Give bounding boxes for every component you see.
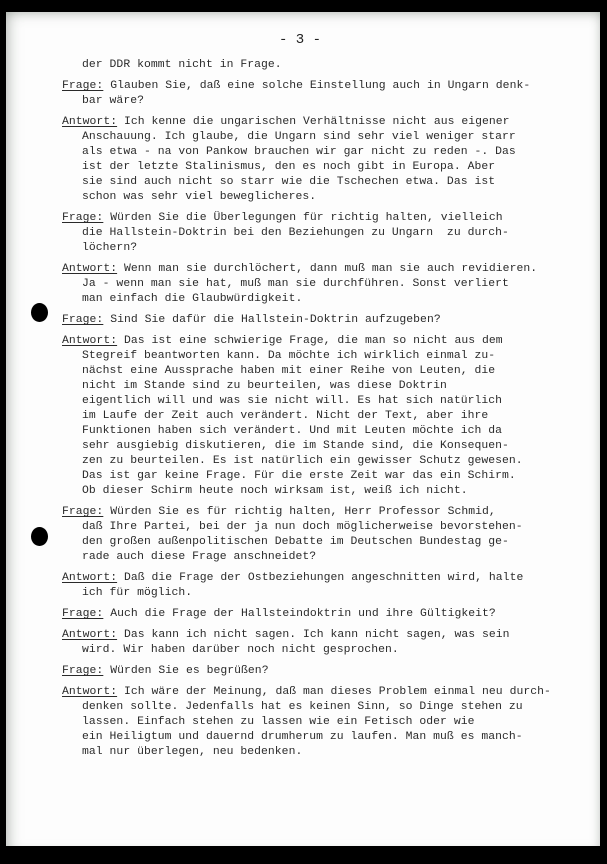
answer-block: Antwort: Das ist eine schwierige Frage, … [62, 334, 562, 499]
interview-transcript: der DDR kommt nicht in Frage. Frage: Gla… [62, 58, 562, 766]
answer-label: Antwort: [62, 629, 117, 641]
continuation-line: man einfach die Glaubwürdigkeit. [62, 292, 562, 307]
question-label: Frage: [62, 80, 103, 92]
answer-block: Antwort: Das kann ich nicht sagen. Ich k… [62, 628, 562, 658]
opening-line-block: der DDR kommt nicht in Frage. [62, 58, 562, 73]
continuation-line: ich für möglich. [62, 586, 562, 601]
continuation-line: die Hallstein-Doktrin bei den Beziehunge… [62, 226, 562, 241]
line-text: Daß die Frage der Ostbeziehungen angesch… [117, 572, 523, 584]
punch-hole [31, 527, 48, 546]
qa-list: Frage: Glauben Sie, daß eine solche Eins… [62, 79, 562, 760]
continuation-line: Ob dieser Schirm heute noch wirksam ist,… [62, 484, 562, 499]
line-text: Würden Sie es begrüßen? [103, 665, 268, 677]
continuation-line: lassen. Einfach stehen zu lassen wie ein… [62, 715, 562, 730]
answer-label: Antwort: [62, 572, 117, 584]
first-line: Antwort: Ich wäre der Meinung, daß man d… [62, 685, 562, 700]
continuation-line: im Laufe der Zeit auch verändert. Nicht … [62, 409, 562, 424]
continuation-line: als etwa - na von Pankow brauchen wir ga… [62, 145, 562, 160]
answer-label: Antwort: [62, 116, 117, 128]
continuation-line: sehr ausgiebig diskutieren, die im Stand… [62, 439, 562, 454]
line-text: Das kann ich nicht sagen. Ich kann nicht… [117, 629, 509, 641]
line-text: Würden Sie die Überlegungen für richtig … [103, 212, 502, 224]
continuation-line: denken sollte. Jedenfalls hat es keinen … [62, 700, 562, 715]
continuation-line: Das ist gar keine Frage. Für die erste Z… [62, 469, 562, 484]
continuation-line: ist der letzte Stalinismus, den es noch … [62, 160, 562, 175]
first-line: Frage: Sind Sie dafür die Hallstein-Dokt… [62, 313, 562, 328]
answer-label: Antwort: [62, 263, 117, 275]
page-number: - 3 - [270, 32, 330, 48]
continuation-line: schon was sehr viel beweglicheres. [62, 190, 562, 205]
answer-block: Antwort: Ich kenne die ungarischen Verhä… [62, 115, 562, 205]
line-text: Würden Sie es für richtig halten, Herr P… [103, 506, 495, 518]
answer-label: Antwort: [62, 686, 117, 698]
answer-label: Antwort: [62, 335, 117, 347]
first-line: Antwort: Wenn man sie durchlöchert, dann… [62, 262, 562, 277]
line-text: Wenn man sie durchlöchert, dann muß man … [117, 263, 537, 275]
first-line: Frage: Würden Sie es begrüßen? [62, 664, 562, 679]
continuation-line: wird. Wir haben darüber noch nicht gespr… [62, 643, 562, 658]
continuation-line: zen zu beurteilen. Es ist natürlich ein … [62, 454, 562, 469]
first-line: Antwort: Das ist eine schwierige Frage, … [62, 334, 562, 349]
continuation-line: den großen außenpolitischen Debatte im D… [62, 535, 562, 550]
opening-line: der DDR kommt nicht in Frage. [62, 58, 562, 73]
continuation-line: ein Heiligtum und dauernd drumherum zu l… [62, 730, 562, 745]
continuation-line: löchern? [62, 241, 562, 256]
first-line: Antwort: Ich kenne die ungarischen Verhä… [62, 115, 562, 130]
continuation-line: Ja - wenn man sie hat, muß man sie durch… [62, 277, 562, 292]
first-line: Frage: Auch die Frage der Hallsteindoktr… [62, 607, 562, 622]
question-block: Frage: Würden Sie die Überlegungen für r… [62, 211, 562, 256]
line-text: Glauben Sie, daß eine solche Einstellung… [103, 80, 530, 92]
question-label: Frage: [62, 506, 103, 518]
continuation-line: rade auch diese Frage anschneidet? [62, 550, 562, 565]
answer-block: Antwort: Daß die Frage der Ostbeziehunge… [62, 571, 562, 601]
line-text: Sind Sie dafür die Hallstein-Doktrin auf… [103, 314, 440, 326]
question-label: Frage: [62, 665, 103, 677]
continuation-line: Stegreif beantworten kann. Da möchte ich… [62, 349, 562, 364]
line-text: Ich wäre der Meinung, daß man dieses Pro… [117, 686, 551, 698]
continuation-line: nächst eine Aussprache haben mit einer R… [62, 364, 562, 379]
continuation-line: mal nur überlegen, neu bedenken. [62, 745, 562, 760]
continuation-line: sie sind auch nicht so starr wie die Tsc… [62, 175, 562, 190]
punch-hole [31, 303, 48, 322]
line-text: Das ist eine schwierige Frage, die man s… [117, 335, 503, 347]
question-label: Frage: [62, 314, 103, 326]
line-text: Ich kenne die ungarischen Verhältnisse n… [117, 116, 509, 128]
question-block: Frage: Auch die Frage der Hallsteindoktr… [62, 607, 562, 622]
answer-block: Antwort: Ich wäre der Meinung, daß man d… [62, 685, 562, 760]
question-label: Frage: [62, 212, 103, 224]
question-block: Frage: Würden Sie es begrüßen? [62, 664, 562, 679]
first-line: Frage: Glauben Sie, daß eine solche Eins… [62, 79, 562, 94]
question-block: Frage: Sind Sie dafür die Hallstein-Dokt… [62, 313, 562, 328]
first-line: Frage: Würden Sie es für richtig halten,… [62, 505, 562, 520]
answer-block: Antwort: Wenn man sie durchlöchert, dann… [62, 262, 562, 307]
question-label: Frage: [62, 608, 103, 620]
continuation-line: bar wäre? [62, 94, 562, 109]
continuation-line: Funktionen haben sich verändert. Und mit… [62, 424, 562, 439]
first-line: Frage: Würden Sie die Überlegungen für r… [62, 211, 562, 226]
first-line: Antwort: Das kann ich nicht sagen. Ich k… [62, 628, 562, 643]
question-block: Frage: Würden Sie es für richtig halten,… [62, 505, 562, 565]
continuation-line: daß Ihre Partei, bei der ja nun doch mög… [62, 520, 562, 535]
first-line: Antwort: Daß die Frage der Ostbeziehunge… [62, 571, 562, 586]
question-block: Frage: Glauben Sie, daß eine solche Eins… [62, 79, 562, 109]
continuation-line: Anschauung. Ich glaube, die Ungarn sind … [62, 130, 562, 145]
continuation-line: nicht im Stande sind zu beurteilen, was … [62, 379, 562, 394]
continuation-line: eigentlich will und was sie nicht will. … [62, 394, 562, 409]
line-text: Auch die Frage der Hallsteindoktrin und … [103, 608, 495, 620]
